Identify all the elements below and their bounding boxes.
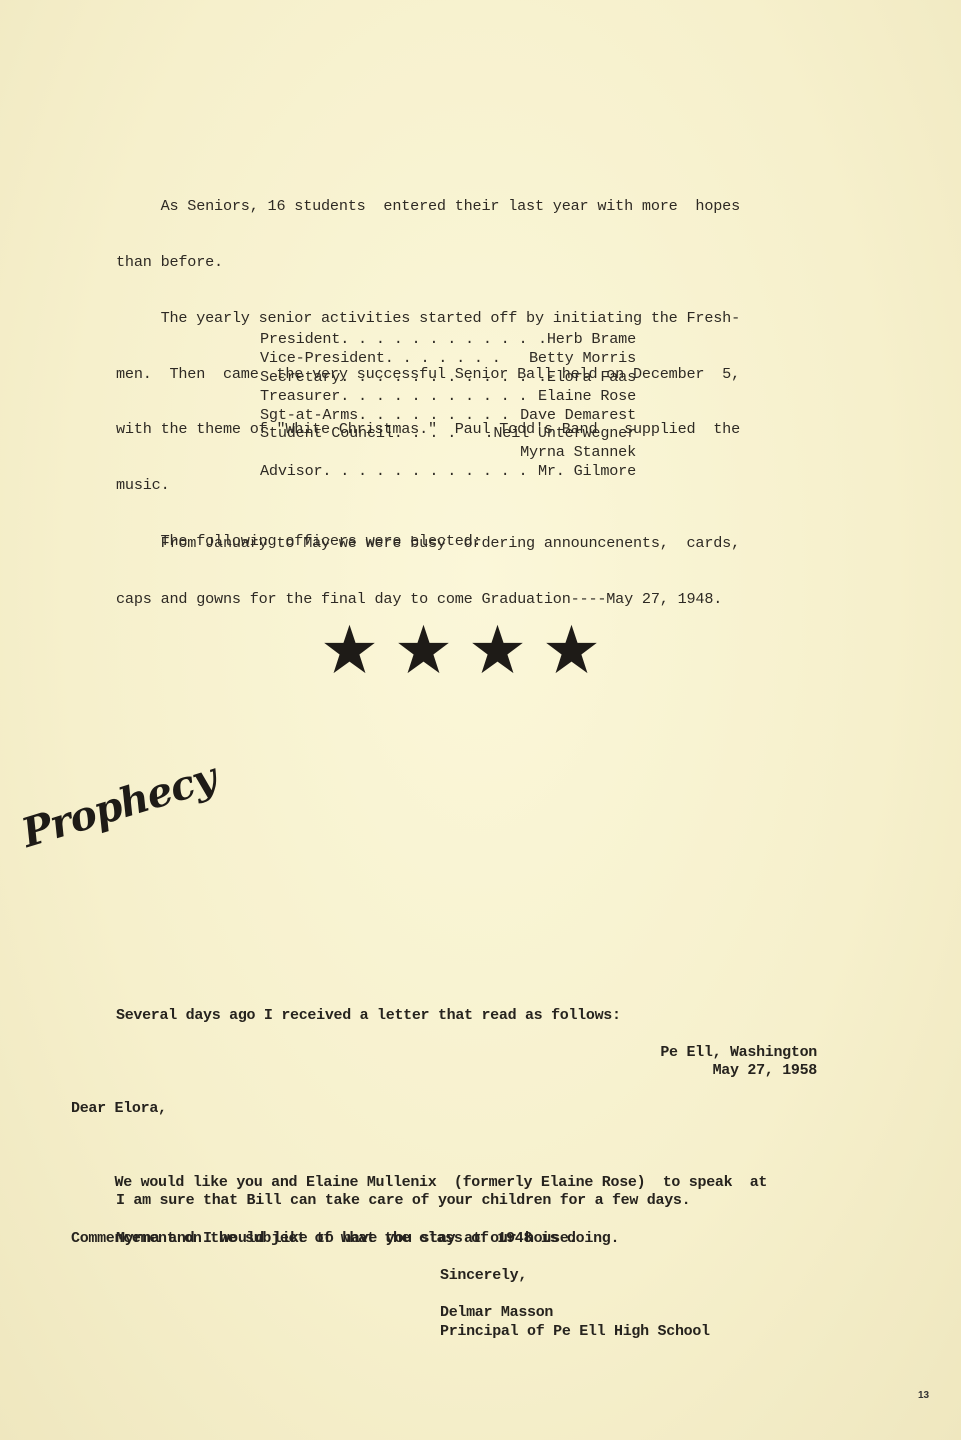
- officer-row: Treasurer. . . . . . . . . . . Elaine Ro…: [260, 387, 636, 406]
- officer-name: Mr. Gilmore: [529, 462, 636, 481]
- letter-date: May 27, 1958: [713, 1062, 817, 1081]
- dot-leader: . . . .: [394, 424, 485, 443]
- officer-role: Treasurer: [260, 387, 340, 406]
- dot-leader: . . . . . . . . . . .: [340, 368, 538, 387]
- officer-name: .Herb Brame: [538, 330, 636, 349]
- officer-row: Advisor. . . . . . . . . . . . Mr. Gilmo…: [260, 462, 636, 481]
- officer-row: Sgt-at-Arms. . . . . . . . . Dave Demare…: [260, 406, 636, 425]
- dot-leader: . . . . . . . . .: [358, 406, 511, 425]
- text-line: caps and gowns for the final day to come…: [116, 590, 740, 609]
- letter-paragraph-2: I am sure that Bill can take care of you…: [116, 1192, 690, 1211]
- text-line: As Seniors, 16 students entered their la…: [116, 197, 740, 216]
- officer-name: Dave Demarest: [511, 406, 636, 425]
- officer-row: Secretary. . . . . . . . . . ..Elora Faa…: [260, 368, 636, 387]
- page-number: 13: [918, 1390, 929, 1401]
- officer-role: Student Council: [260, 424, 394, 443]
- officer-name: Elaine Rose: [529, 387, 636, 406]
- letter-intro: Several days ago I received a letter tha…: [116, 1007, 621, 1026]
- officer-row: President. . . . . . . . . . ..Herb Bram…: [260, 330, 636, 349]
- letter-closing: Sincerely,: [440, 1267, 527, 1286]
- officer-role: Advisor: [260, 462, 322, 481]
- dot-leader: . . . . . . .: [385, 349, 520, 368]
- star-icon: [322, 622, 377, 677]
- star-icon: [396, 622, 451, 677]
- text-line: than before.: [116, 253, 740, 272]
- officer-role: Sgt-at-Arms: [260, 406, 358, 425]
- officer-role: Secretary: [260, 368, 340, 387]
- officer-name: Myrna Stannek: [520, 443, 636, 462]
- letter-salutation: Dear Elora,: [71, 1100, 167, 1119]
- text-line: From January to May we were busy orderin…: [116, 534, 740, 553]
- dot-leader: . . . . . . . . . . .: [340, 387, 529, 406]
- officer-role: Vice-President: [260, 349, 385, 368]
- officer-role: President: [260, 330, 340, 349]
- text-line: We would like you and Elaine Mullenix (f…: [71, 1174, 767, 1193]
- officer-name: .Neil Unterwegner: [484, 424, 636, 443]
- letter-place: Pe Ell, Washington: [660, 1044, 817, 1063]
- prophecy-heading: Prophecy: [16, 754, 221, 857]
- officer-row: Student Council. . . ..Neil Unterwegner: [260, 424, 636, 443]
- letter-paragraph-3: Myrna and I would like to have you stay …: [116, 1230, 577, 1249]
- officer-row: Myrna Stannek: [260, 443, 636, 462]
- signature-name: Delmar Masson: [440, 1304, 553, 1323]
- officer-row: Vice-President. . . . . . . Betty Morris: [260, 349, 636, 368]
- text-line: The yearly senior activities started off…: [116, 309, 740, 328]
- officer-name: Betty Morris: [520, 349, 636, 368]
- star-icon: [544, 622, 599, 677]
- star-icon: [470, 622, 525, 677]
- dot-leader: [260, 443, 520, 462]
- dot-leader: . . . . . . . . . . .: [340, 330, 538, 349]
- signature-title: Principal of Pe Ell High School: [440, 1323, 710, 1342]
- dot-leader: . . . . . . . . . . . .: [322, 462, 529, 481]
- officer-name: .Elora Faas: [538, 368, 636, 387]
- officers-list: President. . . . . . . . . . ..Herb Bram…: [260, 330, 636, 481]
- star-divider: [322, 622, 599, 677]
- letter-body: We would like you and Elaine Mullenix (f…: [71, 1137, 767, 1286]
